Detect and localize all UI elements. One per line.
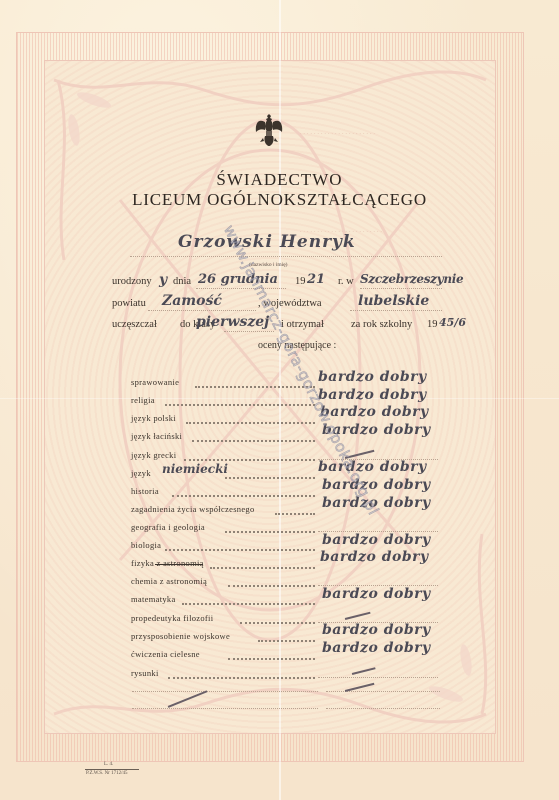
district-handwritten: Zamość	[162, 293, 222, 309]
grade-value: bardzo dobry	[318, 459, 427, 475]
district-label: powiatu	[112, 298, 146, 309]
grade-dash	[352, 667, 376, 674]
subject-label: propedeutyka filozofii	[131, 613, 213, 623]
district-field-line	[148, 310, 256, 311]
class-field-line	[224, 331, 274, 332]
blank-grade-line	[326, 691, 440, 692]
place-field-line	[360, 288, 442, 289]
grade-dots	[172, 495, 315, 497]
subject-label: fizyka z astronomią	[131, 558, 204, 568]
grade-value: bardzo dobry	[320, 549, 429, 565]
voivodeship-handwritten: lubelskie	[358, 293, 429, 309]
strikethrough-mark	[155, 564, 203, 565]
school-year-handwritten: 45/6	[439, 316, 466, 329]
grade-value: bardzo dobry	[320, 404, 429, 420]
birth-place-handwritten: Szczebrzeszynie	[360, 272, 463, 286]
blank-subject-line	[132, 691, 318, 692]
place-label: r. w	[338, 276, 354, 287]
faint-printed-line: . . . . . . . . . . . . . . . . . . . . …	[300, 128, 375, 136]
grade-field-line	[318, 677, 438, 678]
grade-value: bardzo dobry	[322, 586, 431, 602]
grade-dots	[165, 549, 315, 551]
school-year-prefix: 19	[427, 319, 438, 330]
grade-dots	[275, 513, 315, 515]
grade-dots	[240, 622, 315, 624]
grade-dots	[225, 531, 315, 533]
day-field-line	[196, 288, 286, 289]
subject-label: religia	[131, 395, 155, 405]
grade-dots	[186, 422, 315, 424]
grade-value: bardzo dobry	[322, 640, 431, 656]
subject-handwritten: niemiecki	[162, 462, 228, 476]
student-name-handwritten: Grzowski Henryk	[178, 232, 356, 252]
subject-label: język polski	[131, 413, 176, 423]
subject-label: rysunki	[131, 668, 159, 678]
subject-label: biologia	[131, 540, 161, 550]
print-number: P.Z.W.S. Nr 1712/45	[86, 771, 128, 776]
year-prefix: 19	[295, 276, 306, 287]
subject-label: język grecki	[131, 450, 176, 460]
blank-grade-line	[326, 708, 440, 709]
grade-value: bardzo dobry	[322, 532, 431, 548]
subject-label: geografia i geologia	[131, 522, 205, 532]
grade-value: bardzo dobry	[318, 369, 427, 385]
blank-subject-line	[132, 708, 318, 709]
grade-dash	[168, 690, 208, 707]
subject-label: historia	[131, 486, 159, 496]
subject-label: zagadnienia życia współczesnego	[131, 504, 255, 514]
born-suffix-handwritten: y	[159, 272, 167, 288]
grade-dots	[228, 658, 315, 660]
birth-year-handwritten: 21	[307, 272, 325, 287]
form-code: L. 4.	[104, 762, 113, 767]
grade-dots	[225, 477, 315, 479]
grade-dots	[184, 459, 315, 461]
document-title: ŚWIADECTWO	[0, 170, 559, 190]
voivodeship-field-line	[350, 310, 442, 311]
subject-label: przysposobienie wojskowe	[131, 631, 230, 641]
grade-value: bardzo dobry	[322, 622, 431, 638]
class-handwritten: pierwszej	[196, 314, 269, 330]
subject-label: ćwiczenia cielesne	[131, 649, 200, 659]
grade-dots	[210, 567, 315, 569]
day-label: dnia	[173, 276, 191, 287]
name-field-line	[130, 256, 442, 257]
subject-label: język	[131, 468, 151, 478]
grade-dots	[192, 440, 315, 442]
subject-label: język łaciński	[131, 431, 182, 441]
grade-dots	[195, 386, 315, 388]
polish-eagle-icon	[254, 112, 284, 148]
document-subtitle: LICEUM OGÓLNOKSZTAŁCĄCEGO	[0, 190, 559, 210]
grade-dots	[228, 585, 315, 587]
grade-dash	[345, 612, 371, 620]
grade-dots	[165, 404, 315, 406]
footer-rule	[85, 769, 139, 770]
born-label: urodzony	[112, 276, 152, 287]
grade-dots	[182, 603, 315, 605]
school-year-label: za rok szkolny	[351, 319, 412, 330]
grade-value: bardzo dobry	[322, 477, 431, 493]
grade-value: bardzo dobry	[318, 387, 427, 403]
subject-label: sprawowanie	[131, 377, 179, 387]
subject-label: chemia z astronomią	[131, 576, 207, 586]
grade-dots	[258, 640, 315, 642]
attended-label: uczęszczał	[112, 319, 157, 330]
grade-dots	[168, 677, 315, 679]
subject-label: matematyka	[131, 594, 176, 604]
